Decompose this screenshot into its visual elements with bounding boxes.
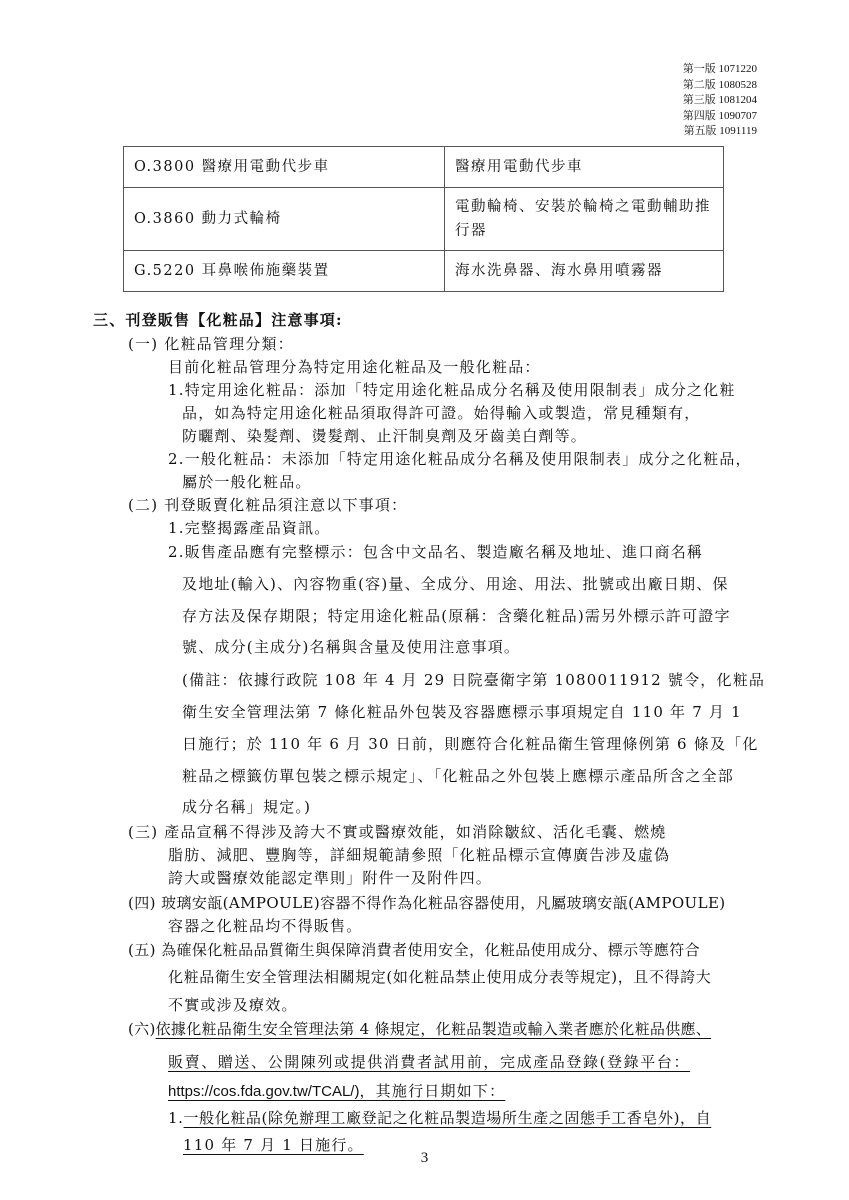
category-cell: O.3860 動力式輪椅: [124, 188, 445, 251]
paragraph-line: 不實或涉及療效。: [168, 995, 298, 1015]
examples-cell: 醫療用電動代步車: [445, 147, 724, 188]
version-history: 第一版 1071220 第二版 1080528 第三版 1081204 第四版 …: [683, 62, 757, 140]
item-heading: (一) 化粧品管理分類：: [128, 334, 294, 354]
registration-platform-link[interactable]: https://cos.fda.gov.tw/TCAL/): [168, 1083, 359, 1100]
note-line: 衛生安全管理法第 7 條化粧品外包裝及容器應標示事項規定自 110 年 7 月 …: [182, 702, 742, 722]
paragraph-line: 及地址(輸入)、內容物重(容)量、全成分、用途、用法、批號或出廠日期、保: [182, 574, 729, 594]
category-cell: G.5220 耳鼻喉佈施藥裝置: [124, 251, 445, 292]
table-row: O.3800 醫療用電動代步車 醫療用電動代步車: [124, 147, 724, 188]
note-line: 粧品之標籤仿單包裝之標示規定」、「化粧品之外包裝上應標示產品所含之全部: [182, 766, 734, 786]
paragraph-line: 販賣、贈送、公開陳列或提供消費者試用前，完成產品登錄(登錄平台：: [168, 1052, 690, 1072]
paragraph-line: 屬於一般化粧品。: [182, 472, 312, 492]
note-line: (備註：依據行政院 108 年 4 月 29 日院臺衛字第 1080011912…: [182, 670, 765, 690]
page-number: 3: [0, 1150, 849, 1167]
examples-cell: 海水洗鼻器、海水鼻用噴霧器: [445, 251, 724, 292]
paragraph-line: 品，如為特定用途化粧品須取得許可證。始得輸入或製造，常見種類有，: [182, 403, 700, 423]
version-line: 第五版 1091119: [683, 124, 757, 140]
paragraph-line: 脂肪、減肥、豐胸等，詳細規範請參照「化粧品標示宣傳廣告涉及虛偽: [168, 845, 670, 865]
item-prefix: (六): [128, 1020, 156, 1038]
section-title: 三、刊登販售【化粧品】注意事項:: [93, 310, 343, 330]
paragraph-line: 化粧品衛生安全管理法相關規定(如化粧品禁止使用成分表等規定)，且不得誇大: [168, 967, 711, 987]
paragraph-line: 目前化粧品管理分為特定用途化粧品及一般化粧品：: [168, 357, 541, 377]
paragraph-line: 2.販售產品應有完整標示：包含中文品名、製造廠名稱及地址、進口商名稱: [168, 542, 703, 562]
paragraph-line: 2.一般化粧品：未添加「特定用途化粧品成分名稱及使用限制表」成分之化粧品，: [168, 449, 752, 469]
document-page: 第一版 1071220 第二版 1080528 第三版 1081204 第四版 …: [0, 0, 849, 1200]
paragraph-line: 存方法及保存期限；特定用途化粧品(原稱：含藥化粧品)需另外標示許可證字: [182, 606, 731, 626]
examples-line: 電動輪椅、安裝於輪椅之電動輔助推: [455, 195, 713, 219]
medical-device-table: O.3800 醫療用電動代步車 醫療用電動代步車 O.3860 動力式輪椅 電動…: [123, 146, 724, 292]
paragraph-line: (三) 產品宣稱不得涉及誇大不實或醫療效能，如消除皺紋、活化毛囊、燃燒: [128, 822, 666, 842]
underlined-text: 依據化粧品衛生安全管理法第 4 條規定，化粧品製造或輸入業者應於化粧品供應、: [156, 1020, 711, 1038]
version-line: 第三版 1081204: [683, 93, 757, 109]
paragraph-line: 誇大或醫療效能認定準則」附件一及附件四。: [168, 868, 492, 888]
paragraph-line: 1.完整揭露產品資訊。: [168, 518, 331, 538]
paragraph-line: 號、成分(主成分)名稱與含量及使用注意事項。: [182, 637, 520, 657]
item-prefix: 1.: [168, 1109, 184, 1127]
note-line: 成分名稱」規定。): [182, 797, 311, 817]
paragraph-line: 1.特定用途化粧品：添加「特定用途化粧品成分名稱及使用限制表」成分之化粧: [168, 380, 736, 400]
table-row: G.5220 耳鼻喉佈施藥裝置 海水洗鼻器、海水鼻用噴霧器: [124, 251, 724, 292]
paragraph-line: https://cos.fda.gov.tw/TCAL/)，其施行日期如下：: [168, 1081, 505, 1102]
paragraph-line: (四) 玻璃安瓿(AMPOULE)容器不得作為化粧品容器使用，凡屬玻璃安瓿(AM…: [128, 893, 726, 913]
table-row: O.3860 動力式輪椅 電動輪椅、安裝於輪椅之電動輔助推 行器: [124, 188, 724, 251]
note-line: 日施行；於 110 年 6 月 30 日前，則應符合化粧品衛生管理條例第 6 條…: [182, 734, 759, 754]
version-line: 第四版 1090707: [683, 109, 757, 125]
examples-line: 行器: [455, 219, 713, 243]
category-cell: O.3800 醫療用電動代步車: [124, 147, 445, 188]
version-line: 第一版 1071220: [683, 62, 757, 78]
examples-cell: 電動輪椅、安裝於輪椅之電動輔助推 行器: [445, 188, 724, 251]
paragraph-line: 容器之化粧品均不得販售。: [168, 916, 362, 936]
paragraph-line: 防曬劑、染髮劑、燙髮劑、止汗制臭劑及牙齒美白劑等。: [182, 426, 587, 446]
underlined-text: ，其施行日期如下：: [359, 1082, 505, 1100]
item-heading: (二) 刊登販賣化粧品須注意以下事項：: [128, 495, 407, 515]
paragraph-line: 1.一般化粧品(除免辦理工廠登記之化粧品製造場所生產之固態手工香皂外)，自: [168, 1108, 711, 1128]
underlined-text: 一般化粧品(除免辦理工廠登記之化粧品製造場所生產之固態手工香皂外)，自: [184, 1109, 712, 1127]
paragraph-line: (六)依據化粧品衛生安全管理法第 4 條規定，化粧品製造或輸入業者應於化粧品供應…: [128, 1019, 711, 1039]
paragraph-line: (五) 為確保化粧品品質衛生與保障消費者使用安全，化粧品使用成分、標示等應符合: [128, 940, 700, 960]
version-line: 第二版 1080528: [683, 78, 757, 94]
